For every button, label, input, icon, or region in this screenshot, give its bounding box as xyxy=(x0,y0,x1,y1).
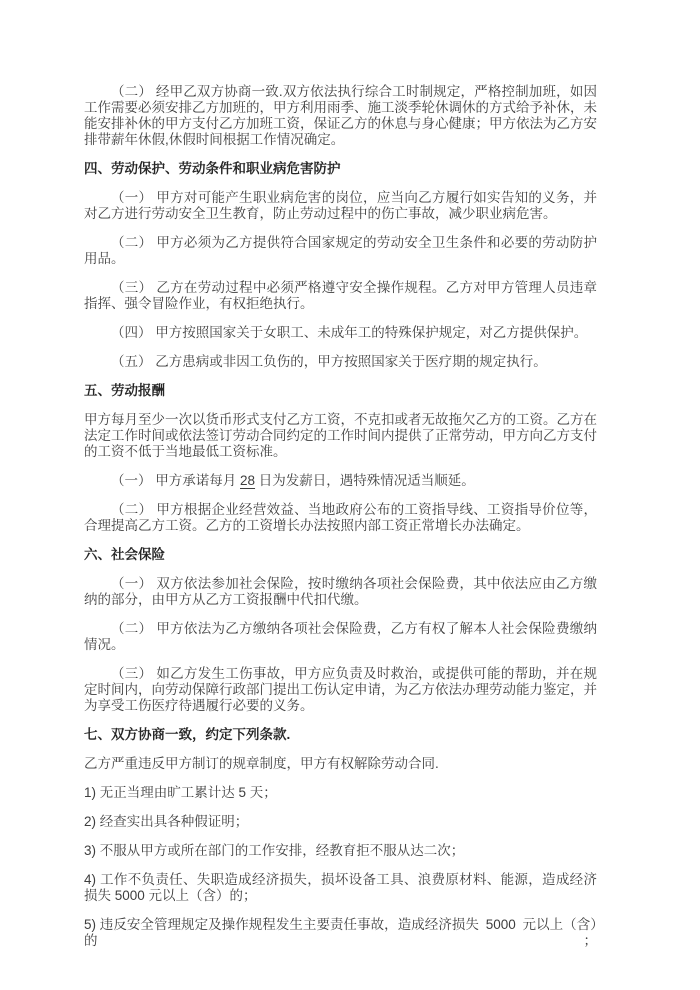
text-run: 日为发薪日，遇特殊情况适当顺延。 xyxy=(255,473,475,488)
paragraph: （二） 甲方依法为乙方缴纳各项社会保险费，乙方有权了解本人社会保险费缴纳情况。 xyxy=(84,621,597,653)
text-run: （四） 甲方按照国家关于女职工、未成年工的特殊保护规定，对乙方提供保护。 xyxy=(111,325,587,340)
text-run: 4) 工作不负责任、失职造成经济损失，损坏设备工具、浪费原材料、能源，造成经济损… xyxy=(84,872,597,903)
text-run: （二） 甲方根据企业经营效益、当地政府公布的工资指导线、工资指导价位等，合理提高… xyxy=(84,502,597,533)
paragraph: （一） 甲方对可能产生职业病危害的岗位，应当向乙方履行如实告知的义务，并对乙方进… xyxy=(84,190,597,222)
paragraph: （三） 乙方在劳动过程中必须严格遵守安全操作规程。乙方对甲方管理人员违章指挥、强… xyxy=(84,280,597,312)
paragraph: （四） 甲方按照国家关于女职工、未成年工的特殊保护规定，对乙方提供保护。 xyxy=(84,325,597,341)
text-run: 5) 违反安全管理规定及操作规程发生主要责任事故，造成经济损失 5000 元以上… xyxy=(84,917,597,948)
text-run: （三） 乙方在劳动过程中必须严格遵守安全操作规程。乙方对甲方管理人员违章指挥、强… xyxy=(84,280,597,311)
text-run: 2) 经查实出具各种假证明； xyxy=(84,814,248,829)
text-run: 七、双方协商一致，约定下列条款. xyxy=(84,727,290,742)
underlined-value: 28 xyxy=(240,473,255,488)
paragraph: （二） 甲方必须为乙方提供符合国家规定的劳动安全卫生条件和必要的劳动防护用品。 xyxy=(84,235,597,267)
paragraph: 1) 无正当理由旷工累计达 5 天； xyxy=(84,785,597,801)
section-heading: 四、劳动保护、劳动条件和职业病危害防护 xyxy=(84,161,597,177)
text-run: （二） 经甲乙双方协商一致.双方依法执行综合工时制规定，严格控制加班，如因工作需… xyxy=(84,84,597,147)
paragraph: 3) 不服从甲方或所在部门的工作安排，经教育拒不服从达二次； xyxy=(84,843,597,859)
section-heading: 六、社会保险 xyxy=(84,547,597,563)
text-run: 四、劳动保护、劳动条件和职业病危害防护 xyxy=(84,161,341,176)
text-run: （一） 甲方承诺每月 xyxy=(111,473,240,488)
text-run: （二） 甲方必须为乙方提供符合国家规定的劳动安全卫生条件和必要的劳动防护用品。 xyxy=(84,235,597,266)
section-heading: 五、劳动报酬 xyxy=(84,383,597,399)
document-page: （二） 经甲乙双方协商一致.双方依法执行综合工时制规定，严格控制加班，如因工作需… xyxy=(0,0,700,990)
text-run: （一） 双方依法参加社会保险，按时缴纳各项社会保险费，其中依法应由乙方缴纳的部分… xyxy=(84,576,597,607)
text-run: 五、劳动报酬 xyxy=(84,383,165,398)
text-run: 1) 无正当理由旷工累计达 5 天； xyxy=(84,785,277,800)
text-run: 3) 不服从甲方或所在部门的工作安排，经教育拒不服从达二次； xyxy=(84,843,464,858)
text-run: 六、社会保险 xyxy=(84,547,165,562)
paragraph: （一） 甲方承诺每月 28 日为发薪日，遇特殊情况适当顺延。 xyxy=(84,473,597,489)
paragraph: 甲方每月至少一次以货币形式支付乙方工资，不克扣或者无故拖欠乙方的工资。乙方在法定… xyxy=(84,412,597,460)
text-run: （二） 甲方依法为乙方缴纳各项社会保险费，乙方有权了解本人社会保险费缴纳情况。 xyxy=(84,621,597,652)
text-run: 乙方严重违反甲方制订的规章制度，甲方有权解除劳动合同. xyxy=(84,756,439,771)
paragraph: 乙方严重违反甲方制订的规章制度，甲方有权解除劳动合同. xyxy=(84,756,597,772)
paragraph: 2) 经查实出具各种假证明； xyxy=(84,814,597,830)
text-run: （一） 甲方对可能产生职业病危害的岗位，应当向乙方履行如实告知的义务，并对乙方进… xyxy=(84,190,597,221)
paragraph: （三） 如乙方发生工伤事故，甲方应负责及时救治，或提供可能的帮助，并在规定时间内… xyxy=(84,666,597,714)
text-run: （三） 如乙方发生工伤事故，甲方应负责及时救治，或提供可能的帮助，并在规定时间内… xyxy=(84,666,597,713)
paragraph: 5) 违反安全管理规定及操作规程发生主要责任事故，造成经济损失 5000 元以上… xyxy=(84,917,597,949)
paragraph: （二） 经甲乙双方协商一致.双方依法执行综合工时制规定，严格控制加班，如因工作需… xyxy=(84,84,597,148)
document-body: （二） 经甲乙双方协商一致.双方依法执行综合工时制规定，严格控制加班，如因工作需… xyxy=(84,84,597,949)
paragraph: （二） 甲方根据企业经营效益、当地政府公布的工资指导线、工资指导价位等，合理提高… xyxy=(84,502,597,534)
text-run: （五） 乙方患病或非因工负伤的，甲方按照国家关于医疗期的规定执行。 xyxy=(111,354,547,369)
paragraph: （五） 乙方患病或非因工负伤的，甲方按照国家关于医疗期的规定执行。 xyxy=(84,354,597,370)
paragraph: （一） 双方依法参加社会保险，按时缴纳各项社会保险费，其中依法应由乙方缴纳的部分… xyxy=(84,576,597,608)
paragraph: 4) 工作不负责任、失职造成经济损失，损坏设备工具、浪费原材料、能源，造成经济损… xyxy=(84,872,597,904)
text-run: 甲方每月至少一次以货币形式支付乙方工资，不克扣或者无故拖欠乙方的工资。乙方在法定… xyxy=(84,412,597,459)
section-heading: 七、双方协商一致，约定下列条款. xyxy=(84,727,597,743)
